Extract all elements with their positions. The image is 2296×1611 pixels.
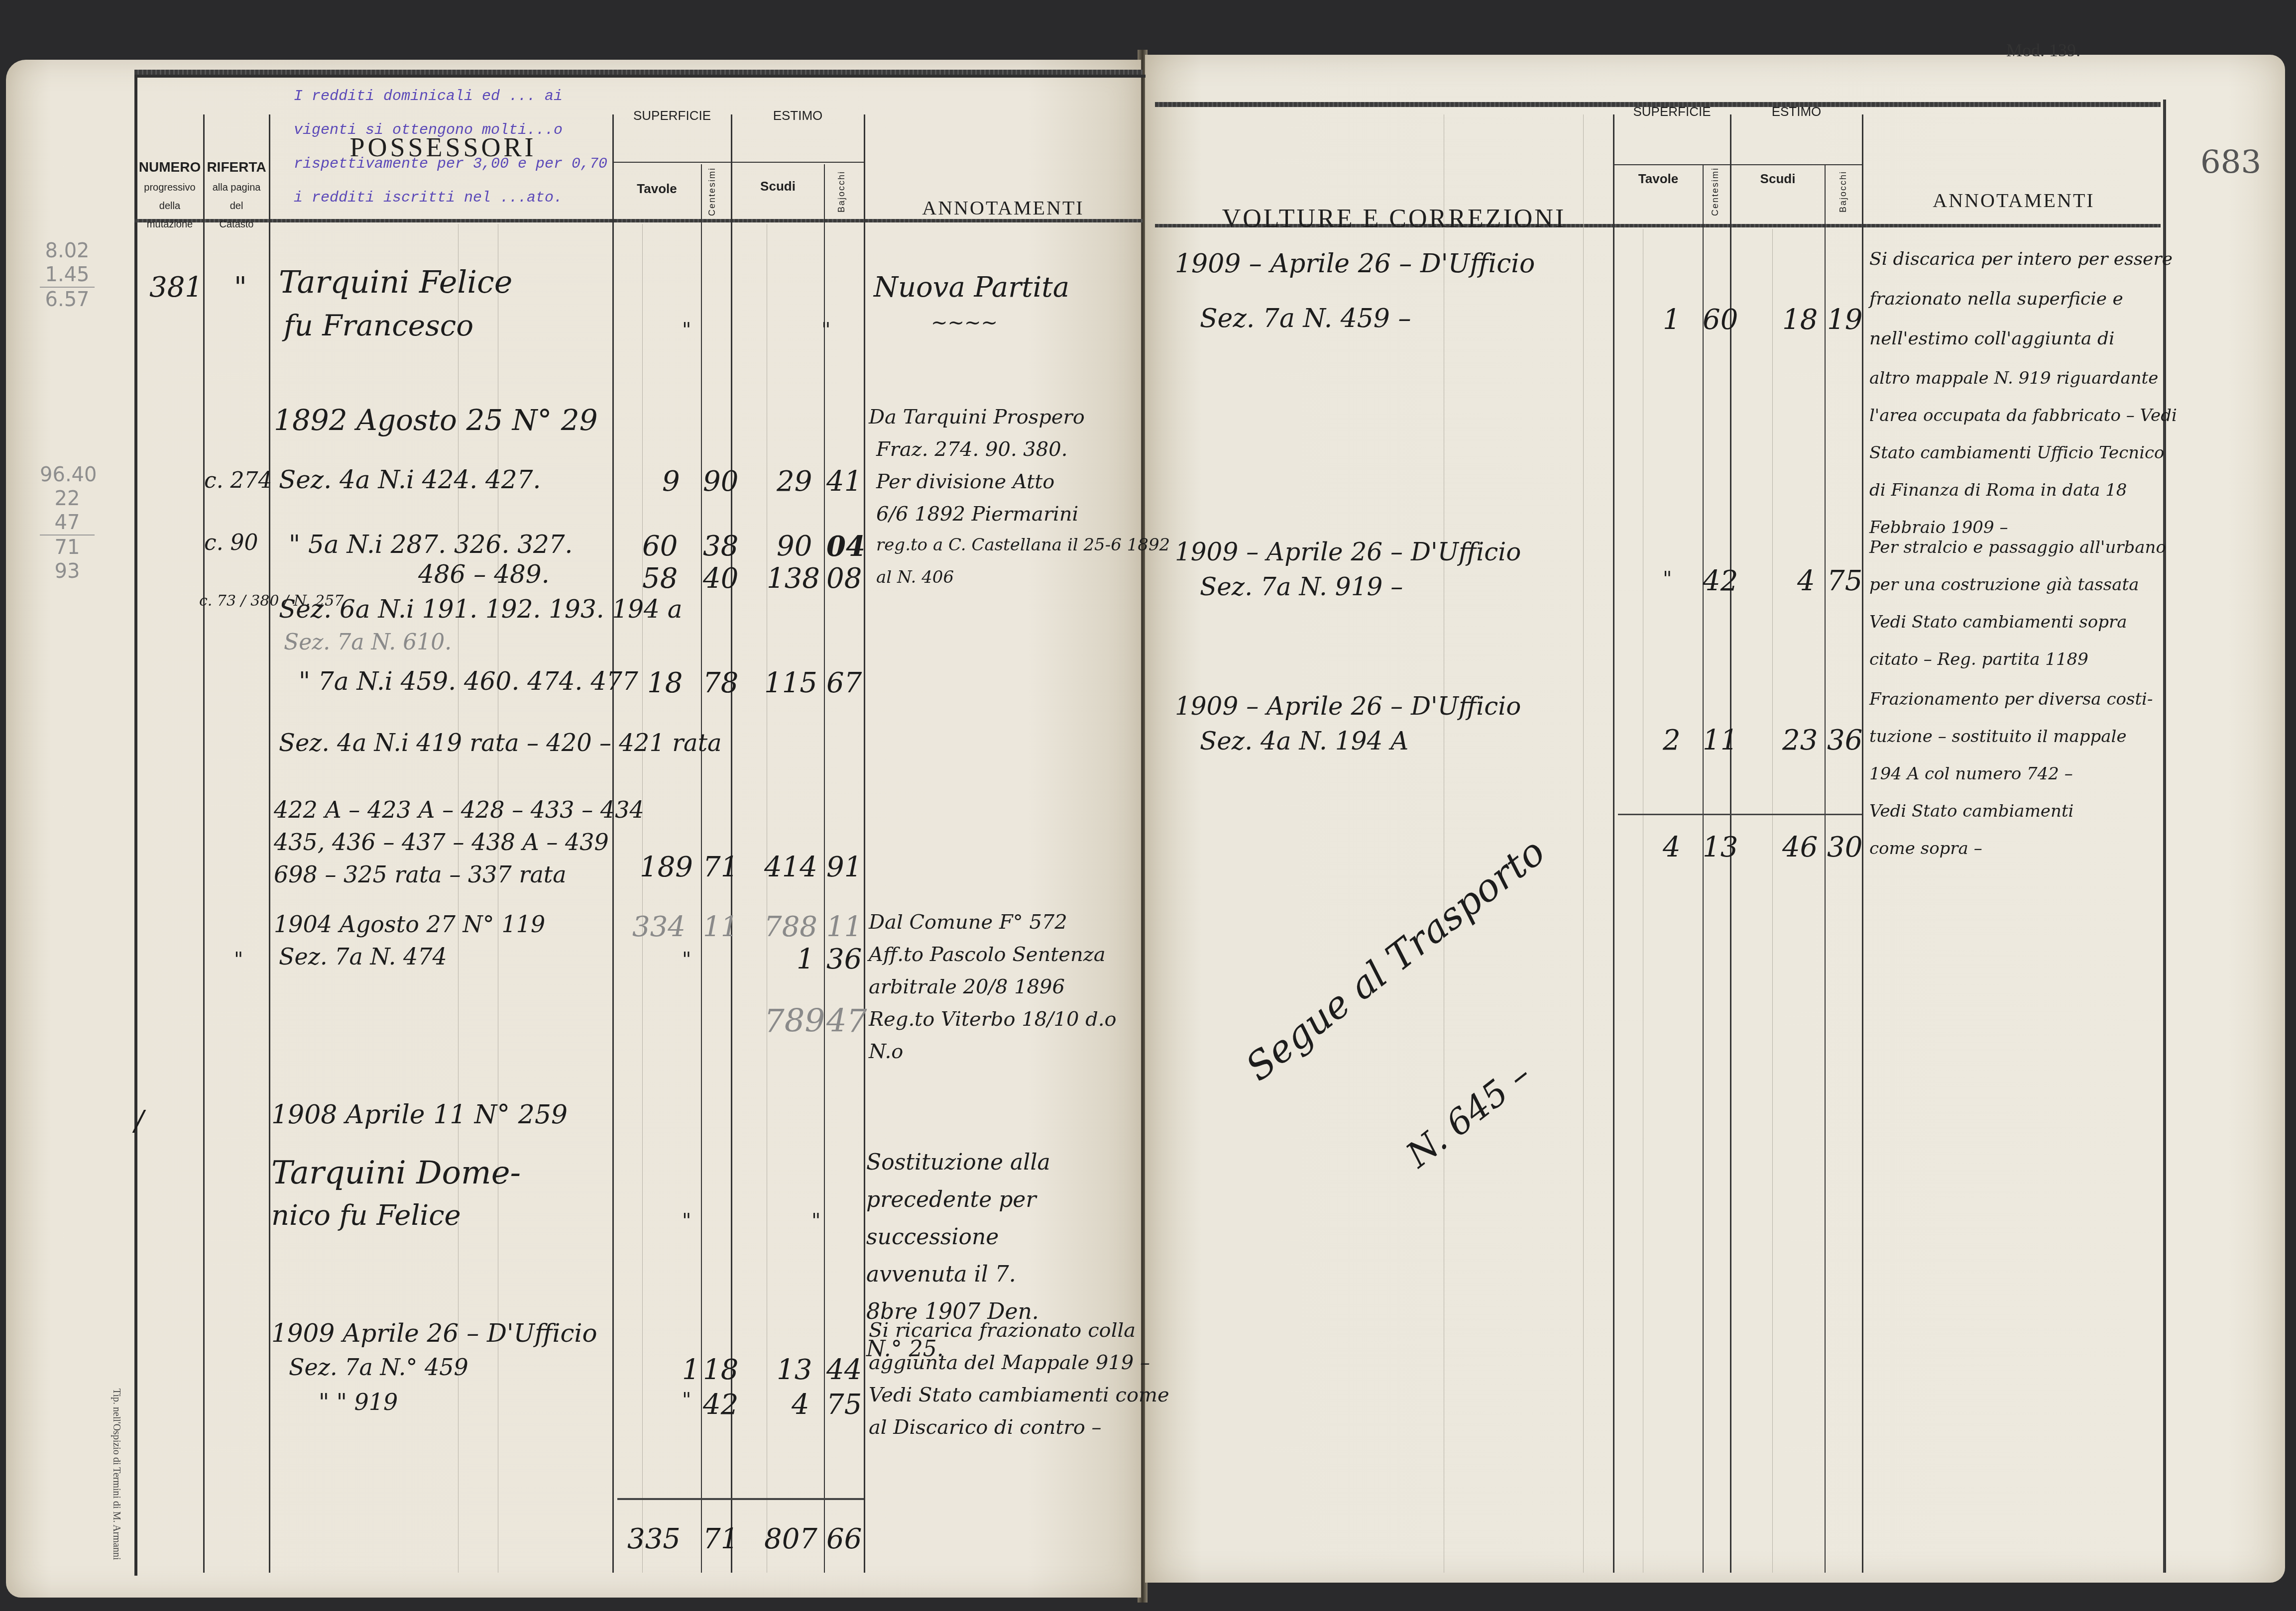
guide-line bbox=[1643, 229, 1643, 1573]
possessore-line: Sez. 7a N. 474 bbox=[279, 943, 447, 970]
possessore-name: Tarquini Felice bbox=[279, 264, 512, 300]
annotation-line: tuzione – sostituito il mappale bbox=[1869, 727, 2127, 747]
possessore-line: Sez. 6a N.i 191. 192. 193. 194 a bbox=[279, 595, 683, 624]
bajocchi-cell: 41 bbox=[826, 465, 862, 498]
header-centesimi: Centesimi bbox=[707, 164, 717, 219]
centesimi-cell: 18 bbox=[703, 1354, 738, 1386]
annotation-line: aggiunta del Mappale 919 – bbox=[869, 1351, 1150, 1374]
tavole-cell: " bbox=[682, 1389, 691, 1411]
header-superficie: SUPERFICIE bbox=[613, 108, 731, 123]
left-header-bottom-border bbox=[134, 219, 1143, 222]
scudi-cell: 4 bbox=[792, 1389, 809, 1421]
annotation-line: reg.to a C. Castellana il 25-6 1892 bbox=[876, 535, 1170, 555]
annotation-line: Si discarica per intero per essere bbox=[1869, 249, 2173, 269]
possessore-line: 1904 Agosto 27 N° 119 bbox=[274, 911, 545, 938]
possessore-name: Tarquini Dome- bbox=[271, 1155, 521, 1191]
annotation-line: frazionato nella superficie e bbox=[1869, 289, 2123, 309]
annotation-line: Da Tarquini Prospero bbox=[869, 406, 1085, 429]
guide-line bbox=[642, 224, 643, 1573]
voltura-line: 1909 – Aprile 26 – D'Ufficio bbox=[1175, 249, 1535, 279]
annotation-line: l'area occupata da fabbricato – Vedi bbox=[1869, 406, 2177, 426]
tavole-cell: " bbox=[682, 948, 691, 971]
header-tavole: Tavole bbox=[1614, 172, 1703, 187]
possessore-line: Sez. 4a N.i 424. 427. bbox=[279, 465, 541, 494]
scudi-cell: " bbox=[821, 319, 830, 341]
printer-imprint: Tip. nell'Ospizio di Termini di M. Arman… bbox=[111, 1389, 122, 1560]
tavole-cell: 189 bbox=[640, 851, 693, 883]
annotation-line: 6/6 1892 Piermarini bbox=[876, 503, 1078, 526]
bajocchi-cell: 75 bbox=[826, 1389, 862, 1421]
totals-rule bbox=[617, 1498, 864, 1500]
annotation-line: Stato cambiamenti Ufficio Tecnico bbox=[1869, 443, 2165, 463]
bajocchi-cell: 67 bbox=[826, 667, 862, 699]
annotation-line: N.o bbox=[869, 1040, 903, 1063]
subheader-rule bbox=[612, 162, 864, 163]
header-centesimi: Centesimi bbox=[1710, 164, 1721, 219]
tavole-cell: " bbox=[682, 319, 691, 341]
possessore-line: 1909 Aprile 26 – D'Ufficio bbox=[271, 1319, 597, 1348]
header-riferta: RIFERTA alla pagina del Catasto bbox=[204, 159, 269, 230]
purple-stamp: I redditi dominicali ed ... aivigenti si… bbox=[294, 80, 607, 215]
annotation-line: Sostituzione alla bbox=[866, 1150, 1050, 1175]
header-estimo: ESTIMO bbox=[1731, 105, 1862, 119]
tavole-cell: 1 bbox=[682, 1354, 700, 1386]
bajocchi-cell: 19 bbox=[1827, 304, 1862, 336]
annotation-line: ~~~~ bbox=[931, 311, 998, 334]
subtotal-centesimi: 13 bbox=[1703, 831, 1738, 863]
bajocchi-cell: 75 bbox=[1827, 565, 1862, 597]
voltura-line: Sez. 7a N. 919 – bbox=[1200, 572, 1403, 601]
col-divider bbox=[701, 164, 702, 1573]
header-bajocchi: Bajocchi bbox=[1838, 164, 1848, 219]
riferta-cell: c. 274 bbox=[204, 468, 272, 493]
annotation-line: Febbraio 1909 – bbox=[1869, 518, 2008, 537]
voltura-line: Sez. 7a N. 459 – bbox=[1200, 304, 1411, 333]
page-number: 683 bbox=[2200, 144, 2261, 181]
tavole-cell: 18 bbox=[647, 667, 683, 699]
scudi-cell: 23 bbox=[1782, 724, 1818, 756]
header-scudi: Scudi bbox=[1731, 172, 1825, 187]
col-divider bbox=[864, 114, 865, 1573]
annotation-line: avvenuta il 7. bbox=[866, 1262, 1016, 1287]
scudi-cell: 90 bbox=[777, 530, 812, 562]
annotation-line: 194 A col numero 742 – bbox=[1869, 764, 2073, 784]
total-bajocchi: 66 bbox=[826, 1523, 862, 1555]
annotation-line: Frazionamento per diversa costi- bbox=[1869, 689, 2153, 709]
riferta-cell: " bbox=[234, 271, 247, 304]
guide-line bbox=[767, 224, 767, 1573]
tavole-cell: 2 bbox=[1663, 724, 1681, 756]
centesimi-cell: 60 bbox=[1703, 304, 1738, 336]
scudi-cell: 138 bbox=[767, 562, 820, 595]
bajocchi-cell: 91 bbox=[826, 851, 862, 883]
total-tavole: 335 bbox=[627, 1523, 681, 1555]
tavole-cell: 9 bbox=[662, 465, 680, 498]
col-divider bbox=[824, 164, 825, 1573]
header-superficie: SUPERFICIE bbox=[1614, 105, 1730, 119]
annotation-line: Aff.to Pascolo Sentenza bbox=[869, 943, 1106, 966]
annotation-line: altro mappale N. 919 riguardante bbox=[1869, 368, 2158, 388]
riferta-cell: " bbox=[234, 948, 243, 971]
col-divider bbox=[612, 114, 614, 1573]
header-estimo: ESTIMO bbox=[732, 108, 864, 123]
centesimi-cell: 71 bbox=[703, 851, 738, 883]
annotation-line: Reg.to Viterbo 18/10 d.o bbox=[869, 1008, 1117, 1031]
bajocchi-cell: 36 bbox=[826, 943, 862, 975]
annotation-line: Dal Comune F° 572 bbox=[869, 911, 1067, 934]
tavole-cell: " bbox=[1663, 567, 1672, 590]
annotation-line: Per divisione Atto bbox=[876, 470, 1054, 493]
voltura-line: Sez. 4a N. 194 A bbox=[1200, 727, 1408, 755]
annotation-line: successione bbox=[866, 1224, 999, 1250]
header-annotamenti: ANNOTAMENTI bbox=[866, 197, 1140, 219]
margin-pencil-calc: 8.021.456.57 bbox=[40, 239, 95, 312]
header-volture: VOLTURE E CORREZIONI bbox=[1175, 204, 1613, 234]
centesimi-cell: 42 bbox=[703, 1389, 738, 1421]
possessore-name: nico fu Felice bbox=[271, 1199, 461, 1232]
annotation-line: Vedi Stato cambiamenti come bbox=[869, 1384, 1169, 1406]
annotation-line: Si ricarica frazionato colla bbox=[869, 1319, 1136, 1342]
scudi-cell: 13 bbox=[777, 1354, 812, 1386]
numero-cell: / bbox=[134, 1105, 144, 1137]
annotation-line: di Finanza di Roma in data 18 bbox=[1869, 480, 2127, 500]
left-top-border bbox=[134, 70, 1143, 75]
col-divider bbox=[1825, 164, 1826, 1573]
scudi-cell: 1 bbox=[797, 943, 814, 975]
subtotal-tavole: 4 bbox=[1663, 831, 1681, 863]
subtotal-rule bbox=[1618, 814, 1862, 815]
possessore-line: " 5a N.i 287. 326. 327. bbox=[289, 530, 573, 559]
possessore-line: Sez. 4a N.i 419 rata – 420 – 421 rata bbox=[279, 729, 722, 757]
centesimi-cell: 40 bbox=[703, 562, 738, 595]
guide-line bbox=[1444, 114, 1444, 1573]
bajocchi-cell: 08 bbox=[826, 562, 862, 595]
possessore-name: fu Francesco bbox=[284, 309, 473, 342]
scudi-cell: " bbox=[811, 1209, 820, 1232]
scudi-cell: 115 bbox=[764, 667, 817, 699]
possessore-line: 698 – 325 rata – 337 rata bbox=[274, 861, 567, 888]
header-annotamenti: ANNOTAMENTI bbox=[1864, 189, 2163, 212]
header-tavole: Tavole bbox=[613, 182, 700, 197]
annotation-line: precedente per bbox=[866, 1187, 1036, 1212]
scudi-cell: 414 bbox=[764, 851, 817, 883]
possessore-line: 1908 Aprile 11 N° 259 bbox=[271, 1100, 568, 1130]
annotation-line: Vedi Stato cambiamenti sopra bbox=[1869, 612, 2127, 632]
subtotal-scudi: 46 bbox=[1782, 831, 1818, 863]
voltura-line: 1909 – Aprile 26 – D'Ufficio bbox=[1175, 692, 1521, 721]
annotation-line: al N. 406 bbox=[876, 567, 954, 587]
centesimi-cell: 11 bbox=[703, 911, 738, 943]
form-number: Mod. 139. bbox=[2006, 40, 2080, 61]
margin-pencil-calc: 96.4022 4771 93 bbox=[40, 463, 95, 583]
possessore-line: 422 A – 423 A – 428 – 433 – 434 bbox=[274, 796, 644, 823]
header-numero: NUMERO progressivo della mutazione bbox=[137, 159, 202, 230]
col-divider bbox=[1703, 164, 1704, 1573]
possessore-line: 1892 Agosto 25 N° 29 bbox=[274, 403, 598, 437]
tavole-cell: 334 bbox=[632, 911, 686, 943]
riferta-cell: c. 90 bbox=[204, 530, 258, 555]
annotation-line: al Discarico di contro – bbox=[869, 1416, 1101, 1439]
col-divider bbox=[203, 114, 205, 1573]
annotation-line: Vedi Stato cambiamenti bbox=[1869, 801, 2073, 821]
scudi-cell: 29 bbox=[777, 465, 812, 498]
subtotal-bajocchi: 30 bbox=[1827, 831, 1862, 863]
scudi-cell: 788 bbox=[764, 911, 817, 943]
annotation-line: Fraz. 274. 90. 380. bbox=[876, 438, 1067, 461]
bajocchi-cell: 04 bbox=[826, 530, 865, 563]
total-scudi: 807 bbox=[764, 1523, 817, 1555]
centesimi-cell: 42 bbox=[1703, 565, 1738, 597]
tavole-cell: 1 bbox=[1663, 304, 1681, 336]
tavole-cell: " bbox=[682, 1209, 691, 1232]
possessore-line: 486 – 489. bbox=[418, 560, 550, 589]
bajocchi-cell: 47 bbox=[826, 1003, 867, 1040]
guide-line bbox=[1583, 114, 1584, 1573]
annotation-line: nell'estimo coll'aggiunta di bbox=[1869, 328, 2115, 349]
annotation-line: come sopra – bbox=[1869, 839, 1982, 859]
possessore-line: 435, 436 – 437 – 438 A – 439 bbox=[274, 829, 609, 856]
bajocchi-cell: 11 bbox=[826, 911, 862, 943]
voltura-line: 1909 – Aprile 26 – D'Ufficio bbox=[1175, 537, 1521, 566]
possessore-line: " 7a N.i 459. 460. 474. 477 bbox=[299, 667, 638, 696]
subheader-rule bbox=[1613, 164, 1862, 165]
possessore-line: Sez. 7a N.° 459 bbox=[289, 1354, 468, 1381]
bajocchi-cell: 36 bbox=[1827, 724, 1862, 756]
col-divider bbox=[269, 114, 270, 1573]
right-page bbox=[1145, 55, 2285, 1583]
right-frame-border bbox=[2163, 100, 2166, 1573]
bajocchi-cell: 44 bbox=[826, 1354, 862, 1386]
annotation-line: Nuova Partita bbox=[874, 271, 1069, 304]
scudi-cell: 4 bbox=[1797, 565, 1815, 597]
header-bajocchi: Bajocchi bbox=[836, 164, 847, 219]
header-scudi: Scudi bbox=[732, 179, 824, 194]
possessore-line: " " 919 bbox=[319, 1389, 398, 1415]
col-divider bbox=[1613, 114, 1614, 1573]
tavole-cell: 60 bbox=[642, 530, 678, 562]
guide-line bbox=[1772, 229, 1773, 1573]
tavole-cell: 58 bbox=[642, 562, 678, 595]
annotation-line: arbitrale 20/8 1896 bbox=[869, 975, 1065, 998]
numero-cell: 381 bbox=[149, 271, 203, 304]
centesimi-cell: 78 bbox=[703, 667, 738, 699]
centesimi-cell: 38 bbox=[703, 530, 738, 562]
centesimi-cell: 11 bbox=[1703, 724, 1738, 756]
scudi-cell: 18 bbox=[1782, 304, 1818, 336]
annotation-line: Per stralcio e passaggio all'urbano bbox=[1869, 537, 2166, 557]
centesimi-cell: 90 bbox=[703, 465, 738, 498]
total-centesimi: 71 bbox=[703, 1523, 738, 1555]
annotation-line: per una costruzione già tassata bbox=[1869, 575, 2139, 595]
annotation-line: citato – Reg. partita 1189 bbox=[1869, 649, 2088, 669]
scudi-cell: 789 bbox=[764, 1003, 825, 1040]
possessore-line: Sez. 7a N. 610. bbox=[284, 630, 452, 655]
